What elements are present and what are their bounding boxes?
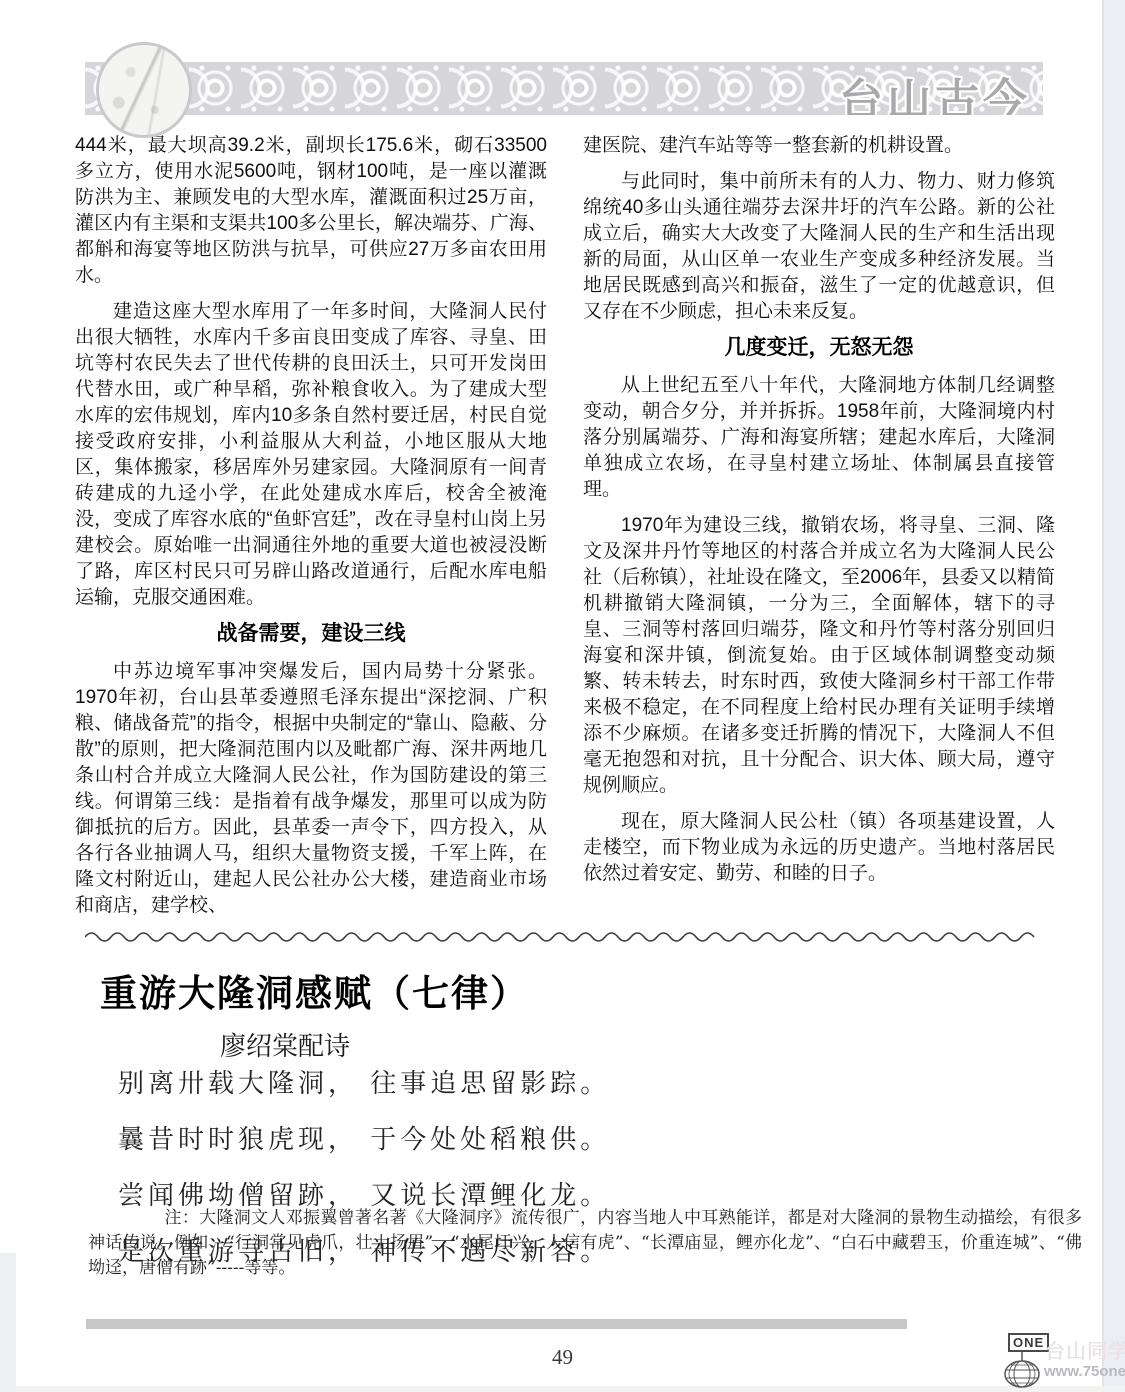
- paragraph: 444米，最大坝高39.2米，副坝长175.6米，砌石33500多立方，使用水泥…: [75, 133, 547, 289]
- poem-line: 曩昔时时狼虎现， 于今处处稻粮供。: [118, 1112, 610, 1168]
- watermark-site-url: www.75one.cn: [1044, 1363, 1125, 1380]
- paragraph: 1970年为建设三线，撤销农场，将寻皇、三洞、隆文及深井丹竹等地区的村落合并成立…: [583, 513, 1055, 799]
- article-column-right: 建医院、建汽车站等等一整套新的机耕设置。 与此同时，集中前所未有的人力、物力、财…: [583, 133, 1055, 897]
- paragraph: 建医院、建汽车站等等一整套新的机耕设置。: [583, 133, 1055, 159]
- paragraph: 建造这座大型水库用了一年多时间，大隆洞人民付出很大牺牲，水库内千多亩良田变成了库…: [75, 299, 547, 611]
- poem-line: 别离卅载大隆洞， 往事追思留影踪。: [118, 1056, 610, 1112]
- magazine-page: 台山古今 444米，最大坝高39.2米，副坝长175.6米，砌石33500多立方…: [0, 0, 1125, 1392]
- watermark-site-name: 台山同学网: [1045, 1335, 1125, 1364]
- masthead-title: 台山古今: [839, 64, 1031, 115]
- scan-edge-right: [1102, 0, 1125, 1392]
- wavy-divider: [85, 929, 1040, 943]
- page-number: 49: [0, 1345, 1125, 1370]
- one-logo: ONE: [1008, 1333, 1049, 1352]
- paragraph: 中苏边境军事冲突爆发后，国内局势十分紧张。1970年初，台山县革委遵照毛泽东提出…: [75, 659, 547, 919]
- globe-icon: [1000, 1351, 1044, 1389]
- stone-seal-image: [96, 42, 192, 138]
- scan-edge-bottom: [0, 1386, 1125, 1392]
- paragraph: 现在，原大隆洞人民公杜（镇）各项基建设置，人走楼空，而下物业成为永远的历史遗产。…: [583, 809, 1055, 887]
- footer-rule: [86, 1319, 907, 1329]
- poem-title: 重游大隆洞感赋（七律）: [100, 963, 529, 1017]
- masthead-band: 台山古今: [85, 62, 1043, 115]
- section-heading: 几度变迁，无怒无怨: [583, 335, 1055, 361]
- paragraph: 从上世纪五至八十年代，大隆洞地方体制几经调整变动，朝合夕分，并并拆拆。1958年…: [583, 373, 1055, 503]
- poem-note: 注：大隆洞文人邓振翼曾著名著《大隆洞序》流传很广，内容当地人中耳熟能详，都是对大…: [88, 1206, 1082, 1281]
- paragraph: 与此同时，集中前所未有的人力、物力、财力修筑绵统40多山头通往端芬去深井圩的汽车…: [583, 169, 1055, 325]
- section-heading: 战备需要，建设三线: [75, 621, 547, 647]
- site-watermark: ONE 台山同学网 www.75one.cn: [1000, 1333, 1124, 1391]
- scan-edge-left-bottom: [0, 1253, 16, 1392]
- article-column-left: 444米，最大坝高39.2米，副坝长175.6米，砌石33500多立方，使用水泥…: [75, 133, 547, 929]
